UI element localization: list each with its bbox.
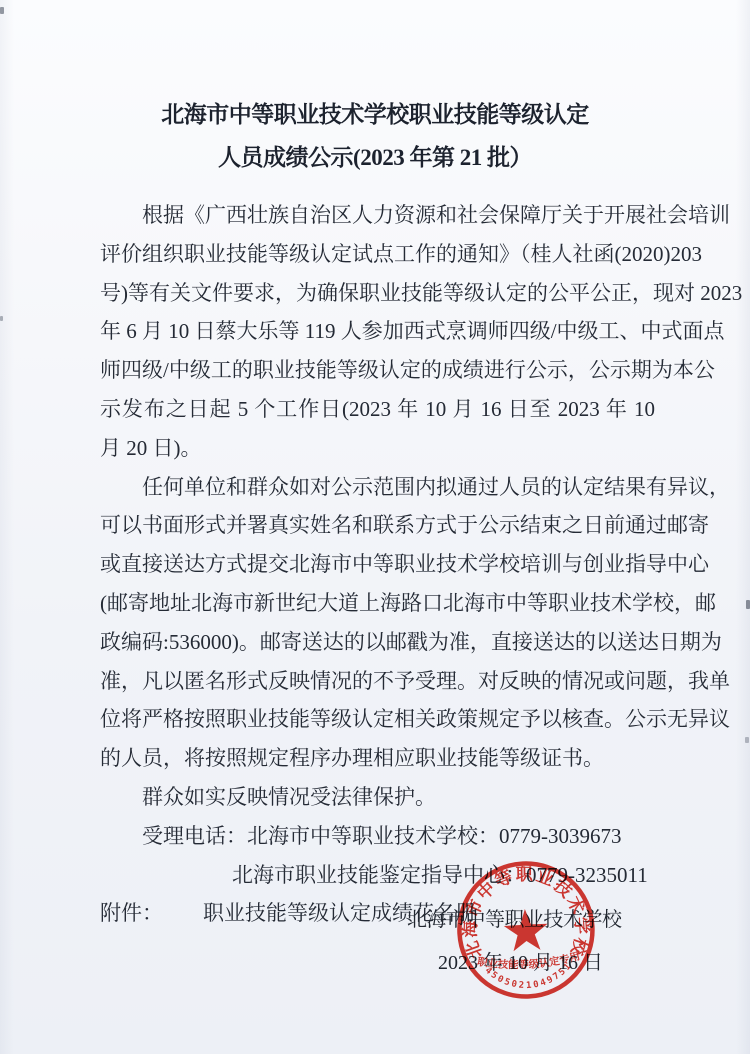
seal-star-icon [503,908,549,952]
paragraph-line: 根据《广西壮族自治区人力资源和社会保障厅关于开展社会培训 [100,196,655,235]
paragraph-line: 政编码:536000)。邮寄送达的以邮戳为准，直接送达的以送达日期为 [100,623,655,662]
paragraph-line: 的人员，将按照规定程序办理相应职业技能等级证书。 [100,739,655,778]
document-body: 根据《广西壮族自治区人力资源和社会保障厅关于开展社会培训 评价组织职业技能等级认… [100,196,655,933]
legal-protection-line: 群众如实反映情况受法律保护。 [100,778,655,817]
scan-artifact [745,737,749,743]
paragraph-line: 号)等有关文件要求，为确保职业技能等级认定的公平公正，现对 2023 [100,274,655,313]
paragraph-line: 任何单位和群众如对公示范围内拟通过人员的认定结果有异议， [100,468,655,507]
paragraph-line: 位将严格按照职业技能等级认定相关政策规定予以核查。公示无异议 [100,700,655,739]
scan-artifact [0,316,3,321]
paragraph-line: 可以书面形式并署真实姓名和联系方式于公示结束之日前通过邮寄 [100,506,655,545]
paragraph-line: 评价组织职业技能等级认定试点工作的通知》（桂人社函(2020)203 [100,235,655,274]
attachment-label: 附件： [100,901,163,925]
scan-artifact [0,7,4,14]
contact-phone-school: 受理电话：北海市中等职业技术学校：0779-3039673 [100,817,655,856]
scanned-notice-page: 北海市中等职业技术学校职业技能等级认定 人员成绩公示(2023 年第 21 批）… [0,0,750,1054]
paragraph-line: 示发布之日起 5 个工作日(2023 年 10 月 16 日至 2023 年 1… [100,390,655,468]
document-title-line1: 北海市中等职业技术学校职业技能等级认定 [0,93,750,136]
official-seal: 北海市中等职业技术学校 职业技能等级认定专用章 4505021049751 [449,852,603,1009]
paragraph-line: (邮寄地址北海市新世纪大道上海路口北海市中等职业技术学校，邮 [100,584,655,623]
paragraph-line: 或直接送达方式提交北海市中等职业技术学校培训与创业指导中心 [100,545,655,584]
paragraph-line: 师四级/中级工的职业技能等级认定的成绩进行公示，公示期为本公 [100,351,655,390]
document-title: 北海市中等职业技术学校职业技能等级认定 人员成绩公示(2023 年第 21 批） [0,0,750,179]
document-title-line2: 人员成绩公示(2023 年第 21 批） [0,136,750,179]
paragraph-line: 准，凡以匿名形式反映情况的不予受理。对反映的情况或问题，我单 [100,662,655,701]
scan-artifact [746,600,750,609]
paragraph-line: 年 6 月 10 日蔡大乐等 119 人参加西式烹调师四级/中级工、中式面点 [100,312,655,351]
